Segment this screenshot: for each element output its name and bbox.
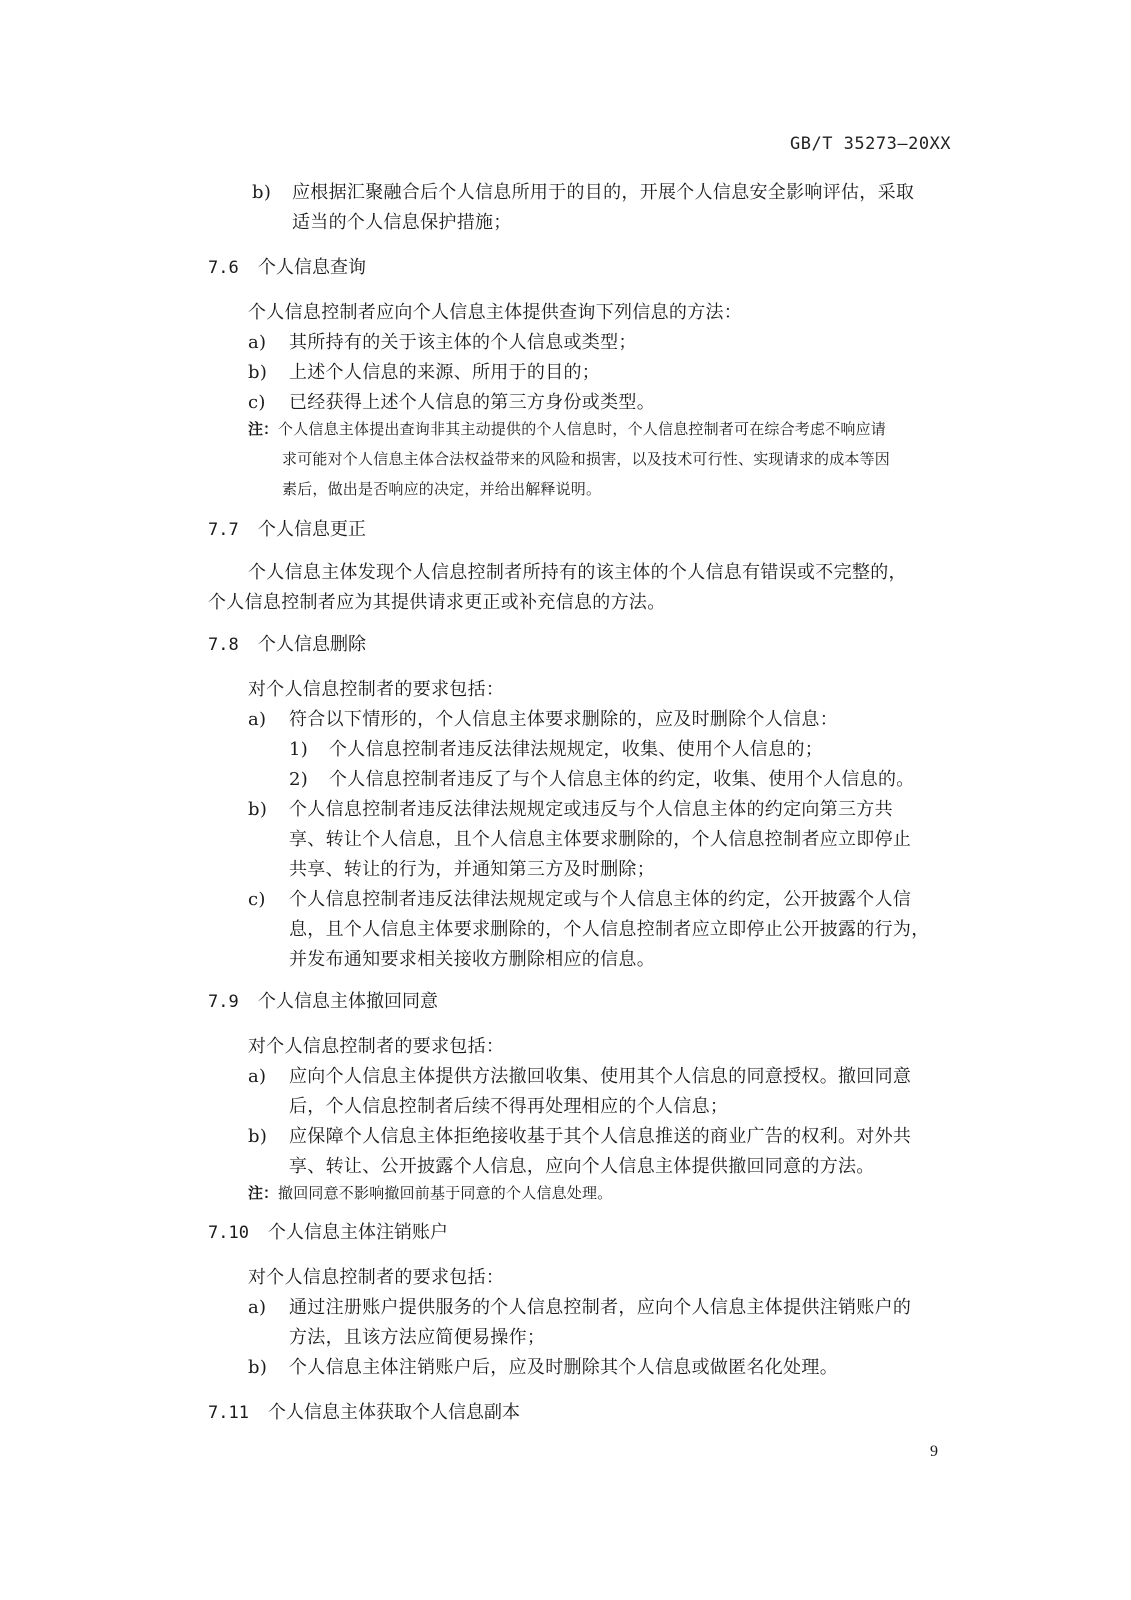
list-item-line: 后，个人信息控制者后续不得再处理相应的个人信息； — [289, 1092, 728, 1122]
sub-item-marker: 2) — [289, 765, 308, 795]
section-intro: 个人信息控制者应向个人信息主体提供查询下列信息的方法： — [248, 298, 742, 328]
note-text: 撤回同意不影响撤回前基于同意的个人信息处理。 — [278, 1178, 612, 1208]
list-item-line: 个人信息控制者违反法律法规规定或违反与个人信息主体的约定向第三方共 — [289, 795, 893, 825]
item-marker: b) — [248, 358, 267, 388]
section-intro: 对个人信息控制者的要求包括： — [248, 1263, 504, 1293]
section-intro: 对个人信息控制者的要求包括： — [248, 675, 504, 705]
section-title: 个人信息删除 — [258, 634, 366, 655]
section-heading-7-10: 7.10个人信息主体注销账户 — [208, 1218, 448, 1248]
note-text-line: 素后，做出是否响应的决定，并给出解释说明。 — [282, 474, 601, 504]
item-marker: b) — [248, 795, 267, 825]
document-code: GB/T 35273—20XX — [790, 134, 951, 154]
section-number: 7.9 — [208, 987, 258, 1017]
list-item: 上述个人信息的来源、所用于的目的； — [289, 358, 600, 388]
note-text-line: 求可能对个人信息主体合法权益带来的风险和损害，以及技术可行性、实现请求的成本等因 — [282, 444, 890, 474]
list-item: 其所持有的关于该主体的个人信息或类型； — [289, 328, 637, 358]
section-number: 7.7 — [208, 515, 258, 545]
section-heading-7-8: 7.8个人信息删除 — [208, 630, 366, 660]
item-marker: b) — [252, 178, 271, 208]
section-title: 个人信息查询 — [258, 257, 366, 278]
list-item-line: 应保障个人信息主体拒绝接收基于其个人信息推送的商业广告的权利。对外共 — [289, 1122, 911, 1152]
list-item-line: 个人信息控制者违反法律法规规定或与个人信息主体的约定，公开披露个人信 — [289, 885, 911, 915]
section-heading-7-9: 7.9个人信息主体撤回同意 — [208, 987, 438, 1017]
item-text-line: 适当的个人信息保护措施； — [292, 208, 512, 238]
note-text-line: 个人信息主体提出查询非其主动提供的个人信息时，个人信息控制者可在综合考虑不响应请 — [278, 414, 886, 444]
section-title: 个人信息主体获取个人信息副本 — [268, 1402, 520, 1423]
section-intro: 对个人信息控制者的要求包括： — [248, 1032, 504, 1062]
note-label: 注： — [248, 414, 278, 444]
section-title: 个人信息主体撤回同意 — [258, 991, 438, 1012]
item-marker: a) — [248, 1062, 266, 1092]
page-number: 9 — [930, 1443, 938, 1461]
item-marker: b) — [248, 1122, 267, 1152]
note-label: 注： — [248, 1178, 278, 1208]
paragraph-line: 个人信息控制者应为其提供请求更正或补充信息的方法。 — [208, 588, 666, 618]
list-item-line: 通过注册账户提供服务的个人信息控制者，应向个人信息主体提供注销账户的 — [289, 1293, 911, 1323]
list-item-line: 息，且个人信息主体要求删除的，个人信息控制者应立即停止公开披露的行为， — [289, 915, 930, 945]
sub-list-item: 个人信息控制者违反法律法规规定，收集、使用个人信息的； — [329, 735, 823, 765]
section-number: 7.8 — [208, 630, 258, 660]
list-item: 符合以下情形的，个人信息主体要求删除的，应及时删除个人信息： — [289, 705, 838, 735]
section-title: 个人信息主体注销账户 — [268, 1222, 448, 1243]
item-marker: c) — [248, 885, 266, 915]
list-item-line: 应向个人信息主体提供方法撤回收集、使用其个人信息的同意授权。撤回同意 — [289, 1062, 911, 1092]
paragraph-line: 个人信息主体发现个人信息控制者所持有的该主体的个人信息有错误或不完整的， — [248, 558, 907, 588]
item-text-line: 应根据汇聚融合后个人信息所用于的目的，开展个人信息安全影响评估，采取 — [292, 178, 914, 208]
section-heading-7-11: 7.11个人信息主体获取个人信息副本 — [208, 1398, 520, 1428]
section-number: 7.10 — [208, 1218, 268, 1248]
item-marker: a) — [248, 705, 266, 735]
section-heading-7-7: 7.7个人信息更正 — [208, 515, 366, 545]
list-item: 个人信息主体注销账户后，应及时删除其个人信息或做匿名化处理。 — [289, 1353, 838, 1383]
item-marker: b) — [248, 1353, 267, 1383]
item-marker: a) — [248, 328, 266, 358]
section-heading-7-6: 7.6个人信息查询 — [208, 253, 366, 283]
list-item-line: 并发布通知要求相关接收方删除相应的信息。 — [289, 945, 655, 975]
section-number: 7.6 — [208, 253, 258, 283]
list-item-line: 共享、转让的行为，并通知第三方及时删除； — [289, 855, 655, 885]
sub-list-item: 个人信息控制者违反了与个人信息主体的约定，收集、使用个人信息的。 — [329, 765, 915, 795]
item-marker: a) — [248, 1293, 266, 1323]
section-number: 7.11 — [208, 1398, 268, 1428]
section-title: 个人信息更正 — [258, 519, 366, 540]
sub-item-marker: 1) — [289, 735, 308, 765]
list-item-line: 享、转让个人信息，且个人信息主体要求删除的，个人信息控制者应立即停止 — [289, 825, 911, 855]
list-item-line: 方法，且该方法应简便易操作； — [289, 1323, 545, 1353]
